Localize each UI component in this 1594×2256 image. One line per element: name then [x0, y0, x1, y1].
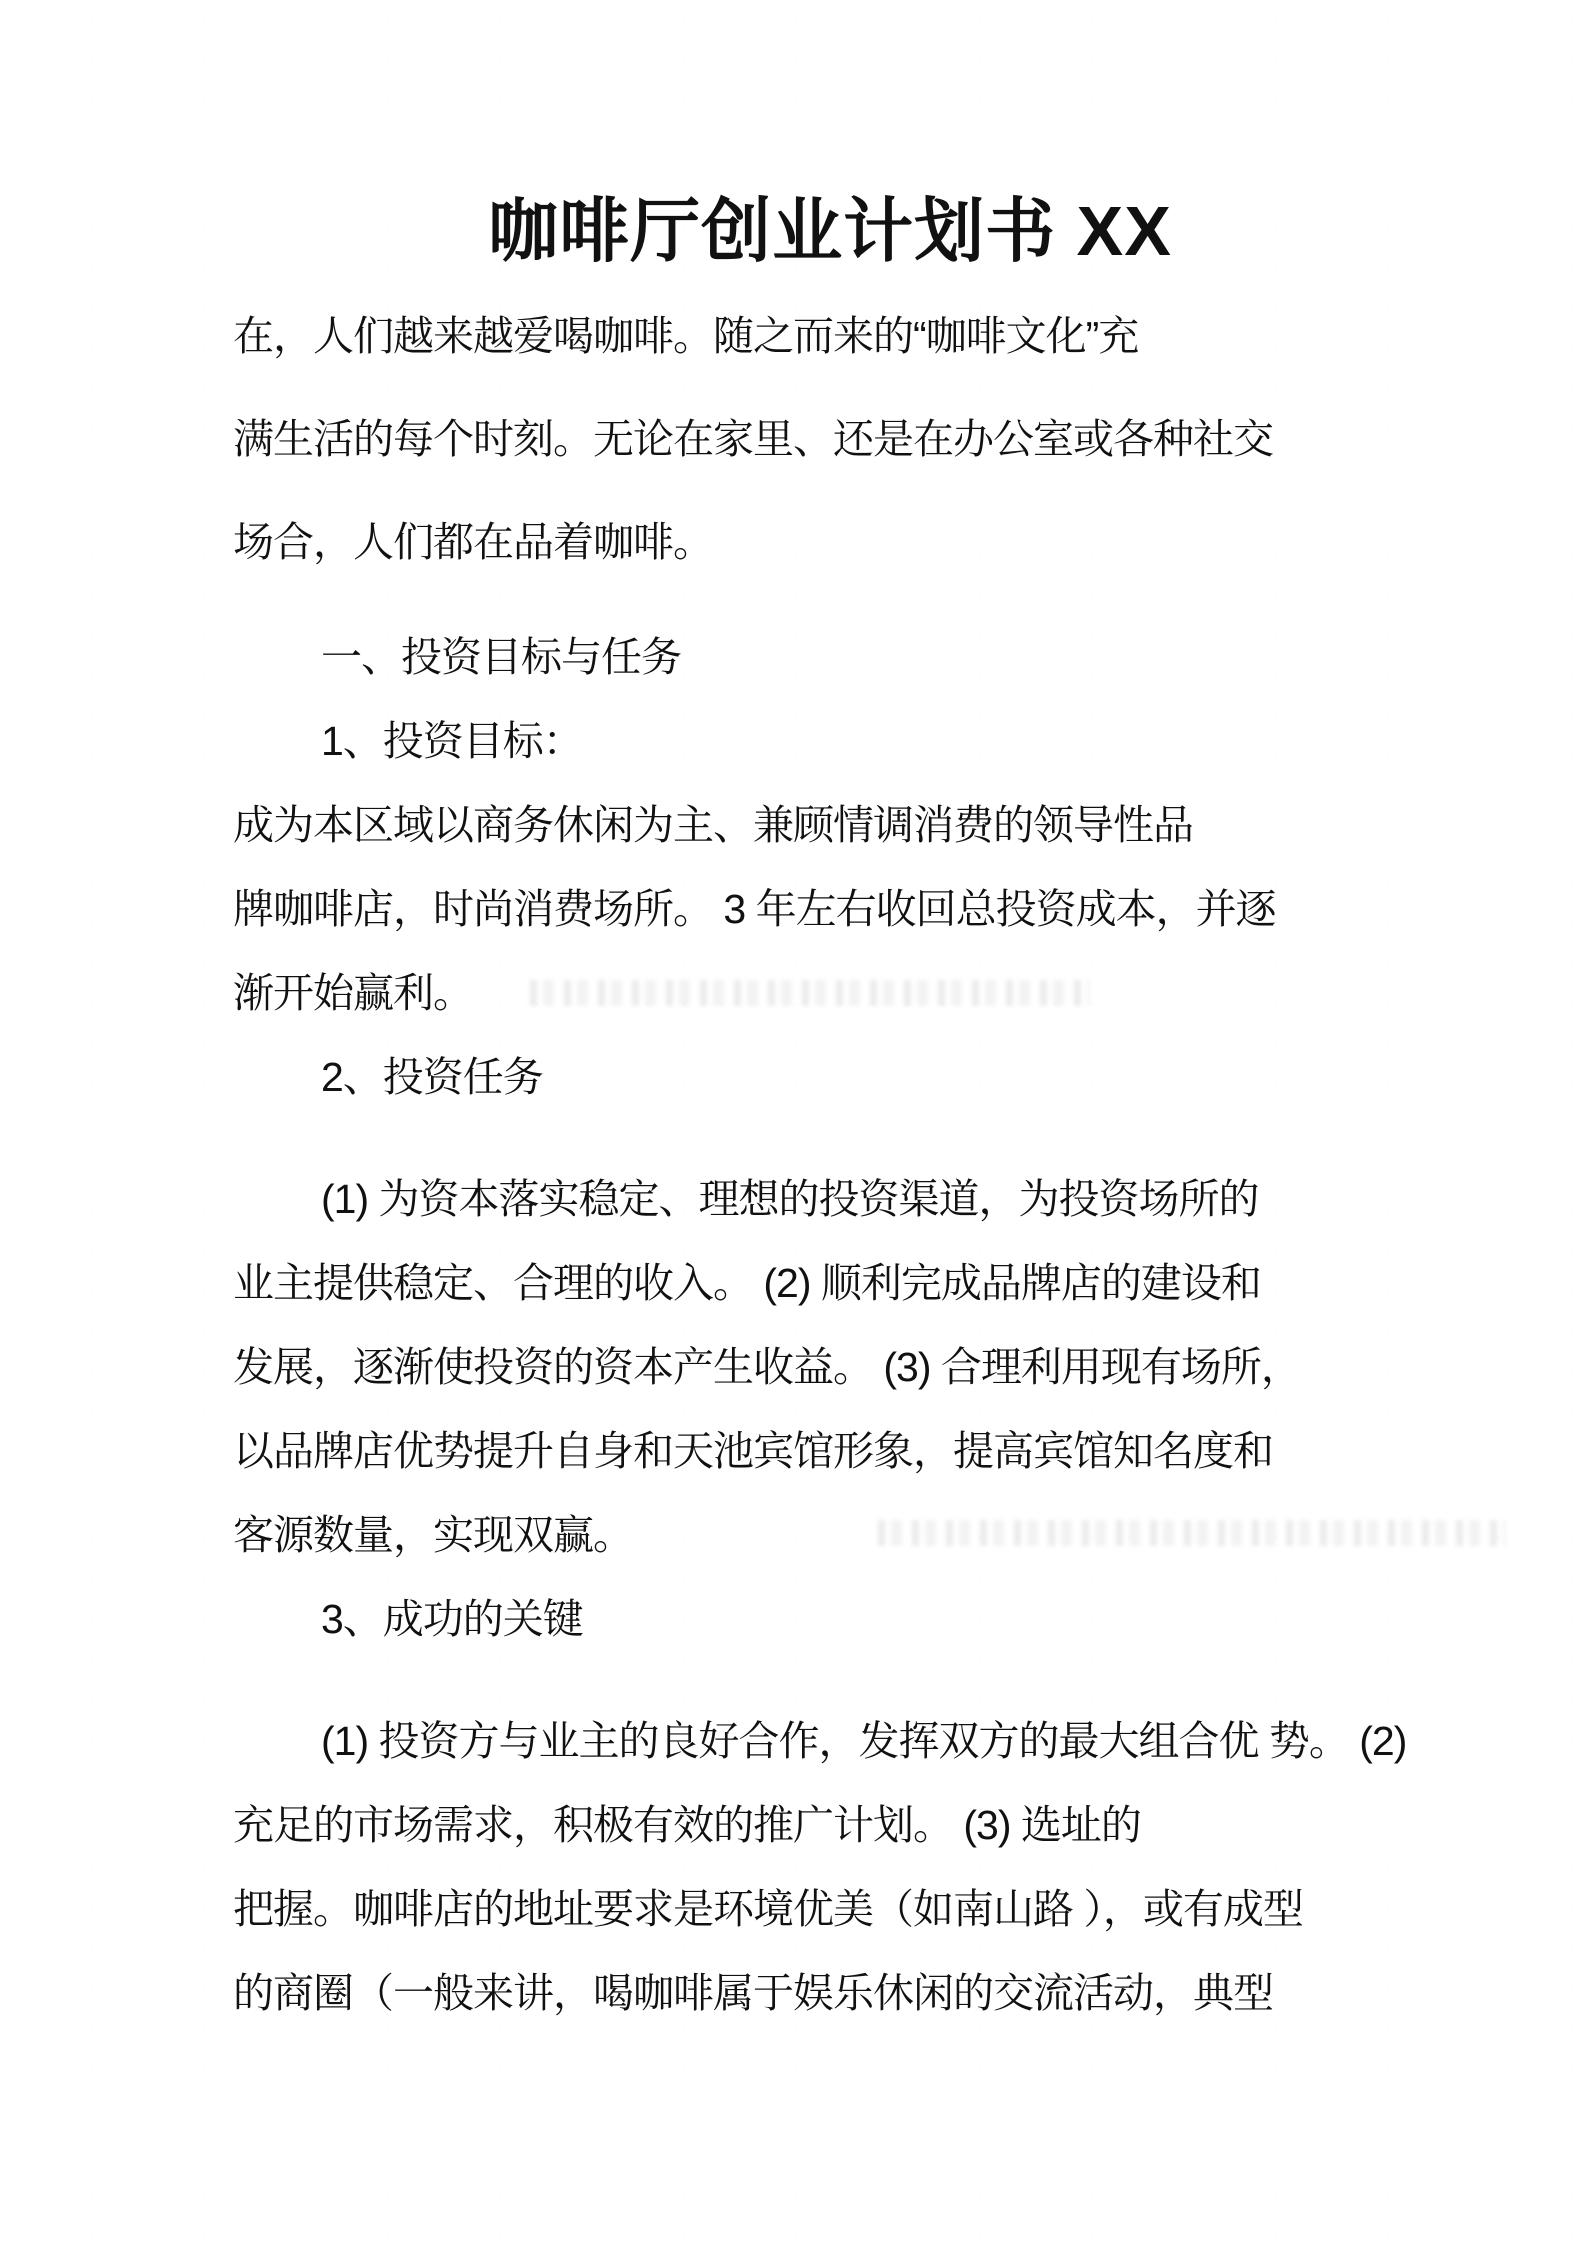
- text-line: 把握。咖啡店的地址要求是环境优美（如南山路 ），或有成型: [233, 1867, 1413, 1951]
- heading-line: 1、投资目标：: [233, 699, 1413, 783]
- subheading-investment-goal: 1、投资目标：: [233, 699, 1413, 783]
- text-line: 在，人们越来越爱喝咖啡。随之而来的“咖啡文化”充: [233, 285, 1413, 388]
- heading-line: 3、成功的关键: [233, 1577, 1413, 1661]
- text-line: 满生活的每个时刻。无论在家里、还是在办公室或各种社交: [233, 388, 1413, 491]
- text-line: 以品牌店优势提升自身和天池宾馆形象，提高宾馆知名度和: [233, 1409, 1413, 1493]
- text-line: 充足的市场需求，积极有效的推广计划。 (3) 选址的: [233, 1783, 1413, 1867]
- text-line: 场合，人们都在品着咖啡。: [233, 491, 1413, 594]
- document-page: 咖啡厅创业计划书 XX 在，人们越来越爱喝咖啡。随之而来的“咖啡文化”充 满生活…: [0, 0, 1594, 2256]
- paragraph-investment-task: (1) 为资本落实稳定、理想的投资渠道，为投资场所的 业主提供稳定、合理的收入。…: [233, 1157, 1413, 1577]
- text-line: 发展，逐渐使投资的资本产生收益。 (3) 合理利用现有场所，: [233, 1325, 1413, 1409]
- text-line: (1) 投资方与业主的良好合作，发挥双方的最大组合优 势。 (2): [233, 1699, 1413, 1783]
- document-title: 咖啡厅创业计划书 XX: [266, 185, 1394, 277]
- text-line: 渐开始赢利。: [233, 951, 1413, 1035]
- paragraph-success-key: (1) 投资方与业主的良好合作，发挥双方的最大组合优 势。 (2) 充足的市场需…: [233, 1699, 1413, 2035]
- heading-line: 一、投资目标与任务: [233, 615, 1413, 699]
- text-line: 成为本区域以商务休闲为主、兼顾情调消费的领导性品: [233, 783, 1413, 867]
- text-line: (1) 为资本落实稳定、理想的投资渠道，为投资场所的: [233, 1157, 1413, 1241]
- subheading-investment-task: 2、投资任务: [233, 1035, 1413, 1119]
- text-line: 的商圈（一般来讲，喝咖啡属于娱乐休闲的交流活动，典型: [233, 1951, 1413, 2035]
- text-line: 牌咖啡店，时尚消费场所。 3 年左右收回总投资成本，并逐: [233, 867, 1413, 951]
- text-line: 客源数量，实现双赢。: [233, 1493, 1413, 1577]
- paragraph-intro: 在，人们越来越爱喝咖啡。随之而来的“咖啡文化”充 满生活的每个时刻。无论在家里、…: [233, 285, 1413, 594]
- heading-line: 2、投资任务: [233, 1035, 1413, 1119]
- paragraph-investment-goal: 成为本区域以商务休闲为主、兼顾情调消费的领导性品 牌咖啡店，时尚消费场所。 3 …: [233, 783, 1413, 1035]
- document-body: 在，人们越来越爱喝咖啡。随之而来的“咖啡文化”充 满生活的每个时刻。无论在家里、…: [233, 285, 1413, 2035]
- text-line: 业主提供稳定、合理的收入。 (2) 顺利完成品牌店的建设和: [233, 1241, 1413, 1325]
- section-heading-1: 一、投资目标与任务: [233, 615, 1413, 699]
- subheading-success-key: 3、成功的关键: [233, 1577, 1413, 1661]
